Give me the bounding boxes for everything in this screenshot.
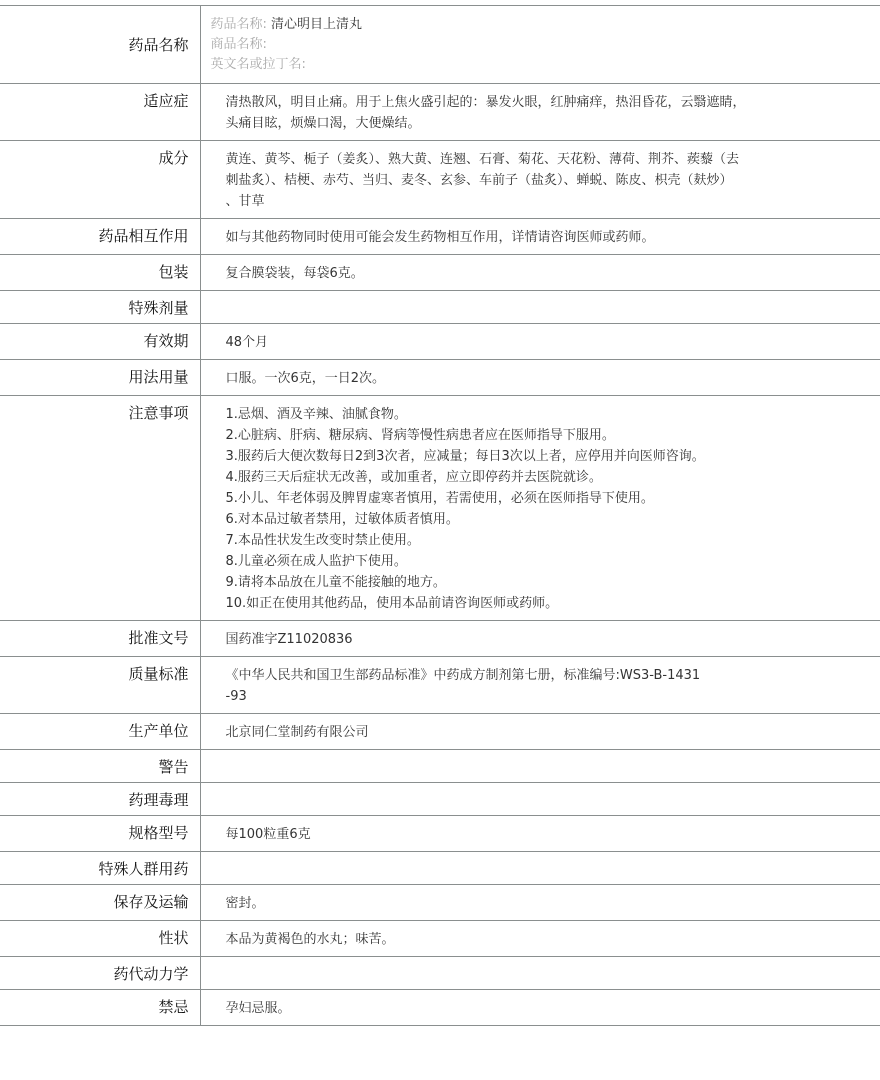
row-ingredients: 成分黄连、黄芩、栀子（姜炙）、熟大黄、连翘、石膏、菊花、天花粉、薄荷、荆芥、蒺藜… — [0, 141, 880, 219]
row-value: 《中华人民共和国卫生部药品标准》中药成方制剂第七册，标准编号:WS3-B-143… — [200, 657, 880, 714]
value-line: 刺盐炙）、桔梗、赤芍、当归、麦冬、玄参、车前子（盐炙）、蝉蜕、陈皮、枳壳（麸炒） — [226, 170, 871, 191]
row-specification: 规格型号每100粒重6克 — [0, 816, 880, 852]
value-line: 孕妇忌服。 — [226, 998, 871, 1019]
row-value: 48个月 — [200, 324, 880, 360]
row-label: 批准文号 — [0, 621, 200, 657]
row-warning: 警告 — [0, 750, 880, 783]
row-value: 黄连、黄芩、栀子（姜炙）、熟大黄、连翘、石膏、菊花、天花粉、薄荷、荆芥、蒺藜（去… — [200, 141, 880, 219]
value-line: 2.心脏病、肝病、糖尿病、肾病等慢性病患者应在医师指导下服用。 — [226, 425, 871, 446]
row-pharmacology: 药理毒理 — [0, 783, 880, 816]
value-line: 本品为黄褐色的水丸；味苦。 — [226, 929, 871, 950]
value-line: 8.儿童必须在成人监护下使用。 — [226, 551, 871, 572]
value-line: 北京同仁堂制药有限公司 — [226, 722, 871, 743]
row-special-dosage: 特殊剂量 — [0, 291, 880, 324]
row-pharmacokinetics: 药代动力学 — [0, 957, 880, 990]
row-interactions: 药品相互作用如与其他药物同时使用可能会发生药物相互作用，详情请咨询医师或药师。 — [0, 219, 880, 255]
row-value: 密封。 — [200, 885, 880, 921]
row-label: 注意事项 — [0, 396, 200, 621]
value-line: 口服。一次6克，一日2次。 — [226, 368, 871, 389]
row-label: 药理毒理 — [0, 783, 200, 816]
row-dosage: 用法用量口服。一次6克，一日2次。 — [0, 360, 880, 396]
value-line: 3.服药后大便次数每日2到3次者，应减量；每日3次以上者，应停用并向医师咨询。 — [226, 446, 871, 467]
row-value: 清热散风，明目止痛。用于上焦火盛引起的：暴发火眼，红肿痛痒，热泪昏花，云翳遮睛，… — [200, 84, 880, 141]
generic-name-value: 清心明目上清丸 — [271, 17, 362, 32]
row-value: 口服。一次6克，一日2次。 — [200, 360, 880, 396]
value-line: 10.如正在使用其他药品，使用本品前请咨询医师或药师。 — [226, 593, 871, 614]
row-value — [200, 291, 880, 324]
row-label: 适应症 — [0, 84, 200, 141]
row-label: 药代动力学 — [0, 957, 200, 990]
row-value — [200, 750, 880, 783]
row-value — [200, 783, 880, 816]
trade-name-label: 商品名称: — [211, 37, 267, 52]
value-line: 《中华人民共和国卫生部药品标准》中药成方制剂第七册，标准编号:WS3-B-143… — [226, 665, 871, 686]
row-indications: 适应症清热散风，明目止痛。用于上焦火盛引起的：暴发火眼，红肿痛痒，热泪昏花，云翳… — [0, 84, 880, 141]
value-line: 1.忌烟、酒及辛辣、油腻食物。 — [226, 404, 871, 425]
value-line: 头痛目眩，烦燥口渴，大便燥结。 — [226, 113, 871, 134]
english-name-line: 英文名或拉丁名: — [211, 55, 871, 75]
row-packaging: 包装复合膜袋装，每袋6克。 — [0, 255, 880, 291]
value-line: 如与其他药物同时使用可能会发生药物相互作用，详情请咨询医师或药师。 — [226, 227, 871, 248]
row-manufacturer: 生产单位北京同仁堂制药有限公司 — [0, 714, 880, 750]
row-label: 警告 — [0, 750, 200, 783]
value-line: -93 — [226, 686, 871, 707]
row-label: 性状 — [0, 921, 200, 957]
row-label: 有效期 — [0, 324, 200, 360]
row-value: 北京同仁堂制药有限公司 — [200, 714, 880, 750]
generic-name-label: 药品名称: — [211, 17, 267, 32]
row-contraindications: 禁忌孕妇忌服。 — [0, 990, 880, 1026]
row-label: 用法用量 — [0, 360, 200, 396]
row-label: 药品相互作用 — [0, 219, 200, 255]
row-value: 1.忌烟、酒及辛辣、油腻食物。2.心脏病、肝病、糖尿病、肾病等慢性病患者应在医师… — [200, 396, 880, 621]
trade-name-line: 商品名称: — [211, 35, 871, 55]
value-line: 9.请将本品放在儿童不能接触的地方。 — [226, 572, 871, 593]
generic-name-line: 药品名称: 清心明目上清丸 — [211, 15, 871, 35]
name-block: 药品名称: 清心明目上清丸 商品名称: 英文名或拉丁名: — [200, 6, 880, 84]
value-line: 每100粒重6克 — [226, 824, 871, 845]
value-line: 7.本品性状发生改变时禁止使用。 — [226, 530, 871, 551]
row-label: 质量标准 — [0, 657, 200, 714]
drug-spec-table: 药品名称 药品名称: 清心明目上清丸 商品名称: 英文名或拉丁名: 适应症清热散… — [0, 5, 880, 1026]
value-line: 清热散风，明目止痛。用于上焦火盛引起的：暴发火眼，红肿痛痒，热泪昏花，云翳遮睛， — [226, 92, 871, 113]
row-label: 生产单位 — [0, 714, 200, 750]
row-value: 复合膜袋装，每袋6克。 — [200, 255, 880, 291]
value-line: 6.对本品过敏者禁用，过敏体质者慎用。 — [226, 509, 871, 530]
value-line: 国药准字Z11020836 — [226, 629, 871, 650]
row-special-population: 特殊人群用药 — [0, 852, 880, 885]
row-name: 药品名称 药品名称: 清心明目上清丸 商品名称: 英文名或拉丁名: — [0, 6, 880, 84]
row-label: 成分 — [0, 141, 200, 219]
row-value: 每100粒重6克 — [200, 816, 880, 852]
row-label: 特殊剂量 — [0, 291, 200, 324]
row-appearance: 性状本品为黄褐色的水丸；味苦。 — [0, 921, 880, 957]
row-label: 规格型号 — [0, 816, 200, 852]
spec-table-body: 药品名称 药品名称: 清心明目上清丸 商品名称: 英文名或拉丁名: 适应症清热散… — [0, 6, 880, 1026]
value-line: 、甘草 — [226, 191, 871, 212]
row-value: 如与其他药物同时使用可能会发生药物相互作用，详情请咨询医师或药师。 — [200, 219, 880, 255]
row-value: 国药准字Z11020836 — [200, 621, 880, 657]
row-label: 保存及运输 — [0, 885, 200, 921]
row-storage: 保存及运输密封。 — [0, 885, 880, 921]
value-line: 48个月 — [226, 332, 871, 353]
value-line: 5.小儿、年老体弱及脾胃虚寒者慎用，若需使用，必须在医师指导下使用。 — [226, 488, 871, 509]
value-line: 黄连、黄芩、栀子（姜炙）、熟大黄、连翘、石膏、菊花、天花粉、薄荷、荆芥、蒺藜（去 — [226, 149, 871, 170]
row-shelf-life: 有效期48个月 — [0, 324, 880, 360]
row-label: 药品名称 — [0, 6, 200, 84]
value-line: 4.服药三天后症状无改善，或加重者，应立即停药并去医院就诊。 — [226, 467, 871, 488]
value-line: 复合膜袋装，每袋6克。 — [226, 263, 871, 284]
row-value: 本品为黄褐色的水丸；味苦。 — [200, 921, 880, 957]
row-value — [200, 957, 880, 990]
row-quality-standard: 质量标准《中华人民共和国卫生部药品标准》中药成方制剂第七册，标准编号:WS3-B… — [0, 657, 880, 714]
value-line: 密封。 — [226, 893, 871, 914]
row-label: 禁忌 — [0, 990, 200, 1026]
row-value: 孕妇忌服。 — [200, 990, 880, 1026]
row-label: 包装 — [0, 255, 200, 291]
english-name-label: 英文名或拉丁名: — [211, 57, 306, 72]
row-approval-number: 批准文号国药准字Z11020836 — [0, 621, 880, 657]
row-precautions: 注意事项1.忌烟、酒及辛辣、油腻食物。2.心脏病、肝病、糖尿病、肾病等慢性病患者… — [0, 396, 880, 621]
row-label: 特殊人群用药 — [0, 852, 200, 885]
row-value — [200, 852, 880, 885]
